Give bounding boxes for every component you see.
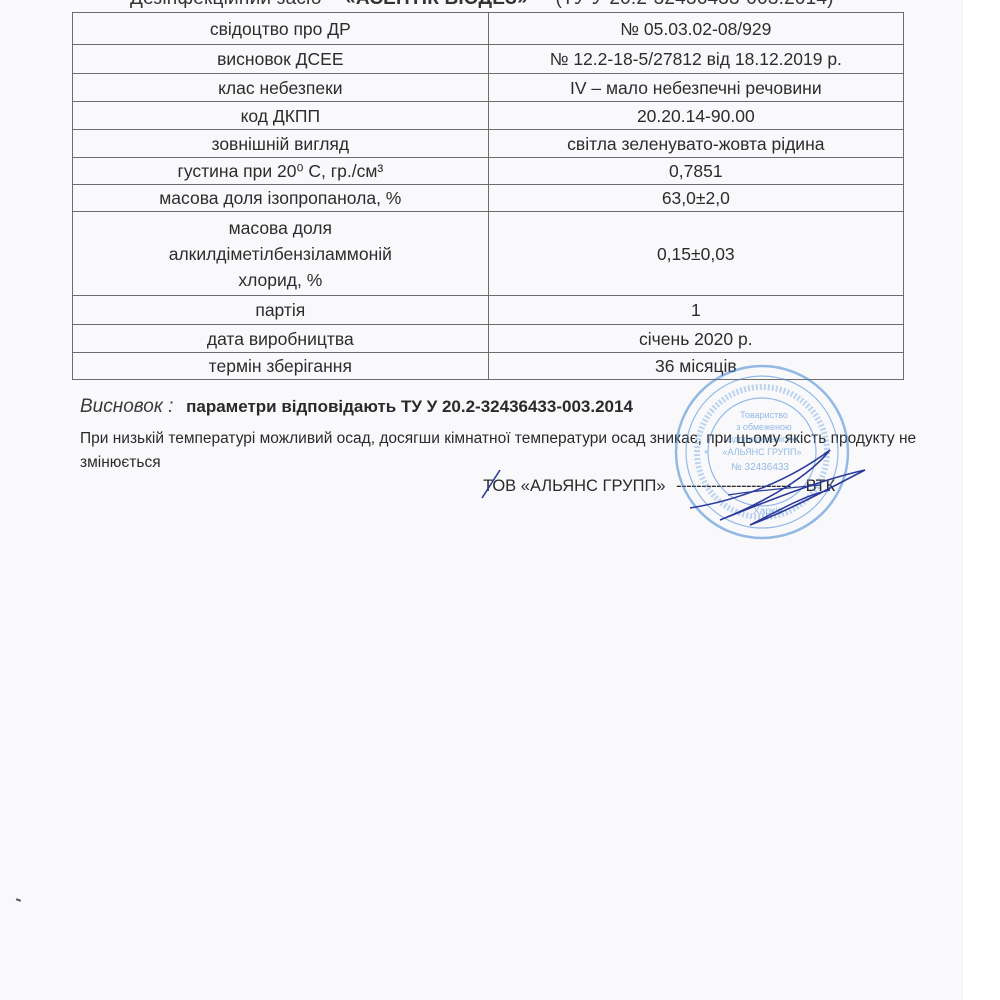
row-label: термін зберігання [73,353,489,380]
row-value: 0,7851 [488,158,903,185]
row-label: код ДКПП [73,102,489,130]
table-row: густина при 20⁰ С, гр./см³ 0,7851 [73,158,904,185]
table-row: клас небезпеки IV – мало небезпечні речо… [73,74,904,102]
table-row: дата виробництва січень 2020 р. [73,325,904,353]
certificate-table: свідоцтво про ДР № 05.03.02-08/929 висно… [72,12,904,380]
conclusion-heading: Висновок : [80,396,173,417]
row-label: густина при 20⁰ С, гр./см³ [73,158,489,185]
row-label: свідоцтво про ДР [73,13,489,45]
row-value: IV – мало небезпечні речовини [488,74,903,102]
row-value: 1 [488,296,903,325]
row-value: 0,15±0,03 [488,212,903,296]
title-prefix: Дезінфекційний засіб [130,0,322,9]
row-value: № 05.03.02-08/929 [488,13,903,45]
row-label-line: алкилдіметілбензіламмоній [79,241,482,267]
spec-reference: (ТУ У 20.2-32436433-003.2014) [556,0,834,9]
table-row: масова доля ізопропанола, % 63,0±2,0 [73,185,904,212]
row-label-line: масова доля [79,215,482,241]
row-label: висновок ДСЕЕ [73,45,489,74]
product-name: «АСЕПТІК БІОДЕЗ» [345,0,528,9]
row-label: партія [73,296,489,325]
page-edge [962,0,1000,1000]
row-label: масова доля ізопропанола, % [73,185,489,212]
conclusion-text: параметри відповідають ТУ У 20.2-3243643… [186,397,633,416]
row-value: січень 2020 р. [488,325,903,353]
stamp-line: Товариство [740,410,788,420]
table-row: код ДКПП 20.20.14-90.00 [73,102,904,130]
conclusion: Висновок : параметри відповідають ТУ У 2… [80,396,633,418]
row-value: світла зеленувато-жовта рідина [488,130,903,158]
row-value: 63,0±2,0 [488,185,903,212]
table-row: партія 1 [73,296,904,325]
row-label: зовнішній вигляд [73,130,489,158]
table-row: масова доля алкилдіметілбензіламмоній хл… [73,212,904,296]
table-row: висновок ДСЕЕ № 12.2-18-5/27812 від 18.1… [73,45,904,74]
signature-icon [460,430,880,540]
table-row: зовнішній вигляд світла зеленувато-жовта… [73,130,904,158]
table-row: свідоцтво про ДР № 05.03.02-08/929 [73,13,904,45]
document-title: Дезінфекційний засіб «АСЕПТІК БІОДЕЗ» (Т… [130,0,870,10]
row-value: № 12.2-18-5/27812 від 18.12.2019 р. [488,45,903,74]
row-label: клас небезпеки [73,74,489,102]
row-label-line: хлорид, % [79,267,482,293]
row-label: дата виробництва [73,325,489,353]
row-value: 20.20.14-90.00 [488,102,903,130]
row-label: масова доля алкилдіметілбензіламмоній хл… [73,212,489,296]
